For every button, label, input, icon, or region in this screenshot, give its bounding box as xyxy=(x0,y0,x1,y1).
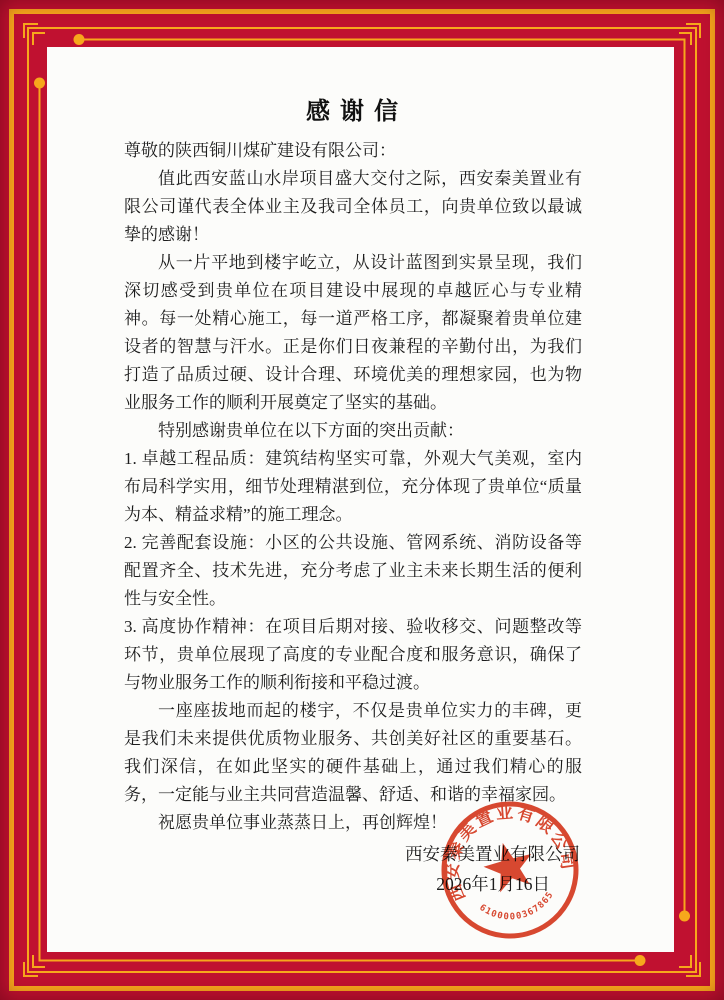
letter-paragraph: 3. 高度协作精神：在项目后期对接、验收移交、问题整改等环节，贵单位展现了高度的… xyxy=(124,613,582,697)
letter-paragraph: 2. 完善配套设施：小区的公共设施、管网系统、消防设备等配置齐全、技术先进，充分… xyxy=(124,529,582,613)
signature-date: 2026年1月16日 xyxy=(124,869,582,899)
letter-paragraph: 一座座拔地而起的楼宇，不仅是贵单位实力的丰碑，更是我们未来提供优质物业服务、共创… xyxy=(124,697,582,809)
letter-body: 值此西安蓝山水岸项目盛大交付之际，西安秦美置业有限公司谨代表全体业主及我司全体员… xyxy=(124,165,582,837)
letter-paragraph: 从一片平地到楼宇屹立，从设计蓝图到实景呈现，我们深切感受到贵单位在项目建设中展现… xyxy=(124,249,582,417)
thank-you-letter-screenshot: { "letter": { "title": "感 谢 信", "salutat… xyxy=(0,0,724,1000)
letter-paragraph: 1. 卓越工程品质：建筑结构坚实可靠，外观大气美观，室内布局科学实用，细节处理精… xyxy=(124,445,582,529)
letter-title: 感 谢 信 xyxy=(124,97,582,127)
greek-key-corner-icon xyxy=(679,24,700,45)
letter-content: 感 谢 信 尊敬的陕西铜川煤矿建设有限公司： 值此西安蓝山水岸项目盛大交付之际，… xyxy=(47,47,674,952)
greek-key-corner-icon xyxy=(24,955,45,976)
letter-paragraph: 特别感谢贵单位在以下方面的突出贡献： xyxy=(124,417,582,445)
signature-company: 西安秦美置业有限公司 xyxy=(124,839,582,869)
greek-key-corner-icon xyxy=(24,24,45,45)
letter-salutation: 尊敬的陕西铜川煤矿建设有限公司： xyxy=(124,137,582,165)
letter-paragraph: 祝愿贵单位事业蒸蒸日上，再创辉煌！ xyxy=(124,809,582,837)
letter-paragraph: 值此西安蓝山水岸项目盛大交付之际，西安秦美置业有限公司谨代表全体业主及我司全体员… xyxy=(124,165,582,249)
greek-key-corner-icon xyxy=(679,955,700,976)
